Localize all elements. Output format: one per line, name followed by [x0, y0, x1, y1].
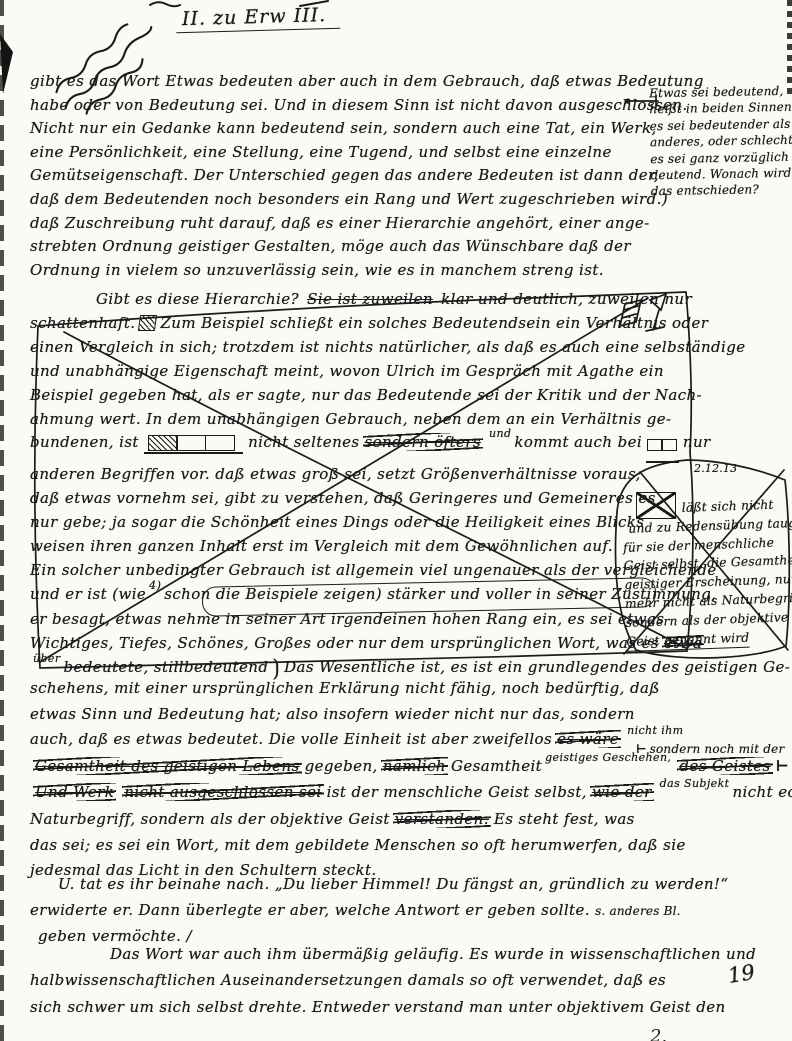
insertion-mark-icon: ⊢	[636, 742, 646, 756]
manuscript-line: eine Persönlichkeit, eine Stellung, eine…	[30, 141, 704, 165]
manuscript-line: Nicht nur ein Gedanke kann bedeutend sei…	[30, 117, 704, 141]
line-text: kommt auch bei	[514, 433, 642, 451]
page-title-text: II. zu Erw III.	[176, 4, 341, 34]
struck-text: Und Werk	[33, 783, 116, 801]
struck-text: wie der	[590, 783, 654, 801]
manuscript-line: sich schwer um sich selbst drehte. Entwe…	[30, 994, 756, 1020]
paragraph-middle: schehens, mit einer ursprünglichen Erklä…	[30, 676, 792, 884]
manuscript-line: Beispiel gegeben hat, als er sagte, nur …	[30, 384, 790, 408]
line-text: Es steht fest, was	[494, 810, 635, 828]
line-text: nur	[683, 433, 711, 451]
struck-text: nicht ausgeschlossen sei	[122, 783, 323, 801]
manuscript-line: ahmung wert. In dem unabhängigen Gebrauc…	[30, 408, 790, 432]
struck-text: nämlich	[381, 757, 448, 775]
manuscript-line: anderen Begriffen vor. daß etwas groß se…	[30, 463, 790, 487]
margin-note-top: Etwas sei bedeutend, heißt in beiden Sin…	[649, 83, 791, 200]
struck-text: Sie ist zuweilen	[307, 290, 433, 308]
hatch-box-icon	[138, 315, 157, 331]
line-text: Zum Beispiel schließt ein solches Bedeut…	[160, 314, 708, 332]
line-text: Gesamtheit	[451, 757, 542, 775]
line-text: Das Wesentliche ist, es ist ein grundleg…	[284, 658, 790, 676]
manuscript-line: Gemütseigenschaft. Der Unterschied gegen…	[30, 164, 704, 188]
manuscript-line: Ordnung in vielem so unzuverlässig sein,…	[30, 259, 704, 283]
line-text: erwiderte er. Dann überlegte er aber, we…	[30, 901, 590, 919]
paragraph-top: gibt es das Wort Etwas bedeuten aber auc…	[30, 70, 704, 282]
manuscript-line: daß dem Bedeutenden noch besonders ein R…	[30, 188, 704, 212]
manuscript-line: Und Werknicht ausgeschlossen seiist der …	[30, 780, 792, 807]
reference-number: 2.12.13	[694, 462, 737, 475]
inserted-word: nicht ihm	[627, 724, 683, 737]
manuscript-line: schehens, mit einer ursprünglichen Erklä…	[30, 676, 792, 702]
struck-text: des Geistes	[677, 757, 772, 775]
manuscript-line: habe oder von Bedeutung sei. Und in dies…	[30, 94, 704, 118]
line-text: gegeben,	[305, 757, 378, 775]
margin-note-line: sondern noch mit der	[650, 742, 785, 756]
manuscript-line: und unabhängige Eigenschaft meint, wovon…	[30, 360, 790, 384]
inserted-word: und	[489, 427, 511, 440]
line-text: schattenhaft.	[30, 314, 135, 332]
manuscript-page: II. zu Erw III. gibt es das Wort Etwas b…	[0, 0, 792, 1041]
line-text: bedeutete, stillbedeutend	[64, 658, 269, 676]
paragraph-dialog: U. tat es ihr beinahe nach. „Du lieber H…	[30, 872, 728, 950]
manuscript-line: bundenen, istnicht seltenessondern öfter…	[30, 431, 790, 463]
line-text: nicht echt	[732, 783, 792, 801]
margin-note-line: das entschieden?	[651, 181, 791, 200]
struck-text: sondern öfters	[363, 433, 483, 451]
margin-note-line: anderes, oder schlechthin	[650, 132, 790, 151]
train-doodle-icon	[144, 435, 243, 454]
inserted-word: über	[33, 652, 61, 665]
line-text: und er ist (wie	[30, 585, 146, 603]
manuscript-line: Das Wort war auch ihm übermäßig geläufig…	[110, 941, 756, 967]
line-text: klar und deutlich, zuweilen nur	[441, 290, 692, 308]
scan-edge-right	[787, 0, 792, 95]
margin-note-loop: läßt sich nicht und zu Redensübung taugt…	[621, 495, 792, 652]
line-text: Gibt es diese Hierarchie?	[96, 290, 299, 308]
editorial-note: s. anderes Bl.	[595, 904, 681, 918]
margin-insertion-note: ⊢ sondern noch mit der	[636, 742, 784, 756]
line-text: auch, daß es etwas bedeutet. Die volle E…	[30, 730, 552, 748]
manuscript-line: das sei; es sei ein Wort, mit dem gebild…	[30, 833, 792, 859]
page-title: II. zu Erw III.	[176, 6, 340, 31]
manuscript-line: gibt es das Wort Etwas bedeuten aber auc…	[30, 70, 704, 94]
manuscript-line: daß Zuschreibung ruht darauf, daß es ein…	[30, 212, 704, 236]
line-text: nicht seltenes	[248, 433, 359, 451]
manuscript-line: halbwissenschaftlichen Auseinandersetzun…	[30, 967, 756, 993]
struck-text: es wäre	[555, 730, 621, 748]
scan-edge-left	[0, 0, 4, 1041]
inserted-word: das Subjekt	[660, 777, 730, 790]
manuscript-line: erwiderte er. Dann überlegte er aber, we…	[30, 898, 728, 925]
footnote-mark: 4)	[149, 579, 161, 592]
line-text: bundenen, ist	[30, 433, 139, 451]
two-cell-box-icon	[646, 435, 679, 463]
struck-text: verstanden.	[393, 810, 491, 828]
page-bottom-fragment: 2.	[650, 1026, 667, 1041]
manuscript-line: Gibt es diese Hierarchie? Sie ist zuweil…	[96, 288, 790, 312]
insertion-mark-icon: ⊢	[776, 757, 788, 775]
manuscript-line: strebten Ordnung geistiger Gestalten, mö…	[30, 235, 704, 259]
line-text: Wichtiges, Tiefes, Schönes, Großes oder …	[30, 634, 659, 652]
line-text: Naturbegriff, sondern als der objektive …	[30, 810, 390, 828]
manuscript-line: einen Vergleich in sich; trotzdem ist ni…	[30, 336, 790, 360]
manuscript-line: schattenhaft.Zum Beispiel schließt ein s…	[30, 312, 790, 336]
struck-text: Gesamtheit des geistigen Lebens	[33, 757, 302, 775]
paragraph-bottom: Das Wort war auch ihm übermäßig geläufig…	[30, 941, 756, 1020]
page-number: 19	[726, 960, 756, 988]
margin-note-line: deutend. Wonach wird	[650, 165, 790, 184]
manuscript-line: Naturbegriff, sondern als der objektive …	[30, 807, 792, 833]
manuscript-line: U. tat es ihr beinahe nach. „Du lieber H…	[58, 872, 728, 898]
line-text: ist der menschliche Geist selbst,	[327, 783, 587, 801]
